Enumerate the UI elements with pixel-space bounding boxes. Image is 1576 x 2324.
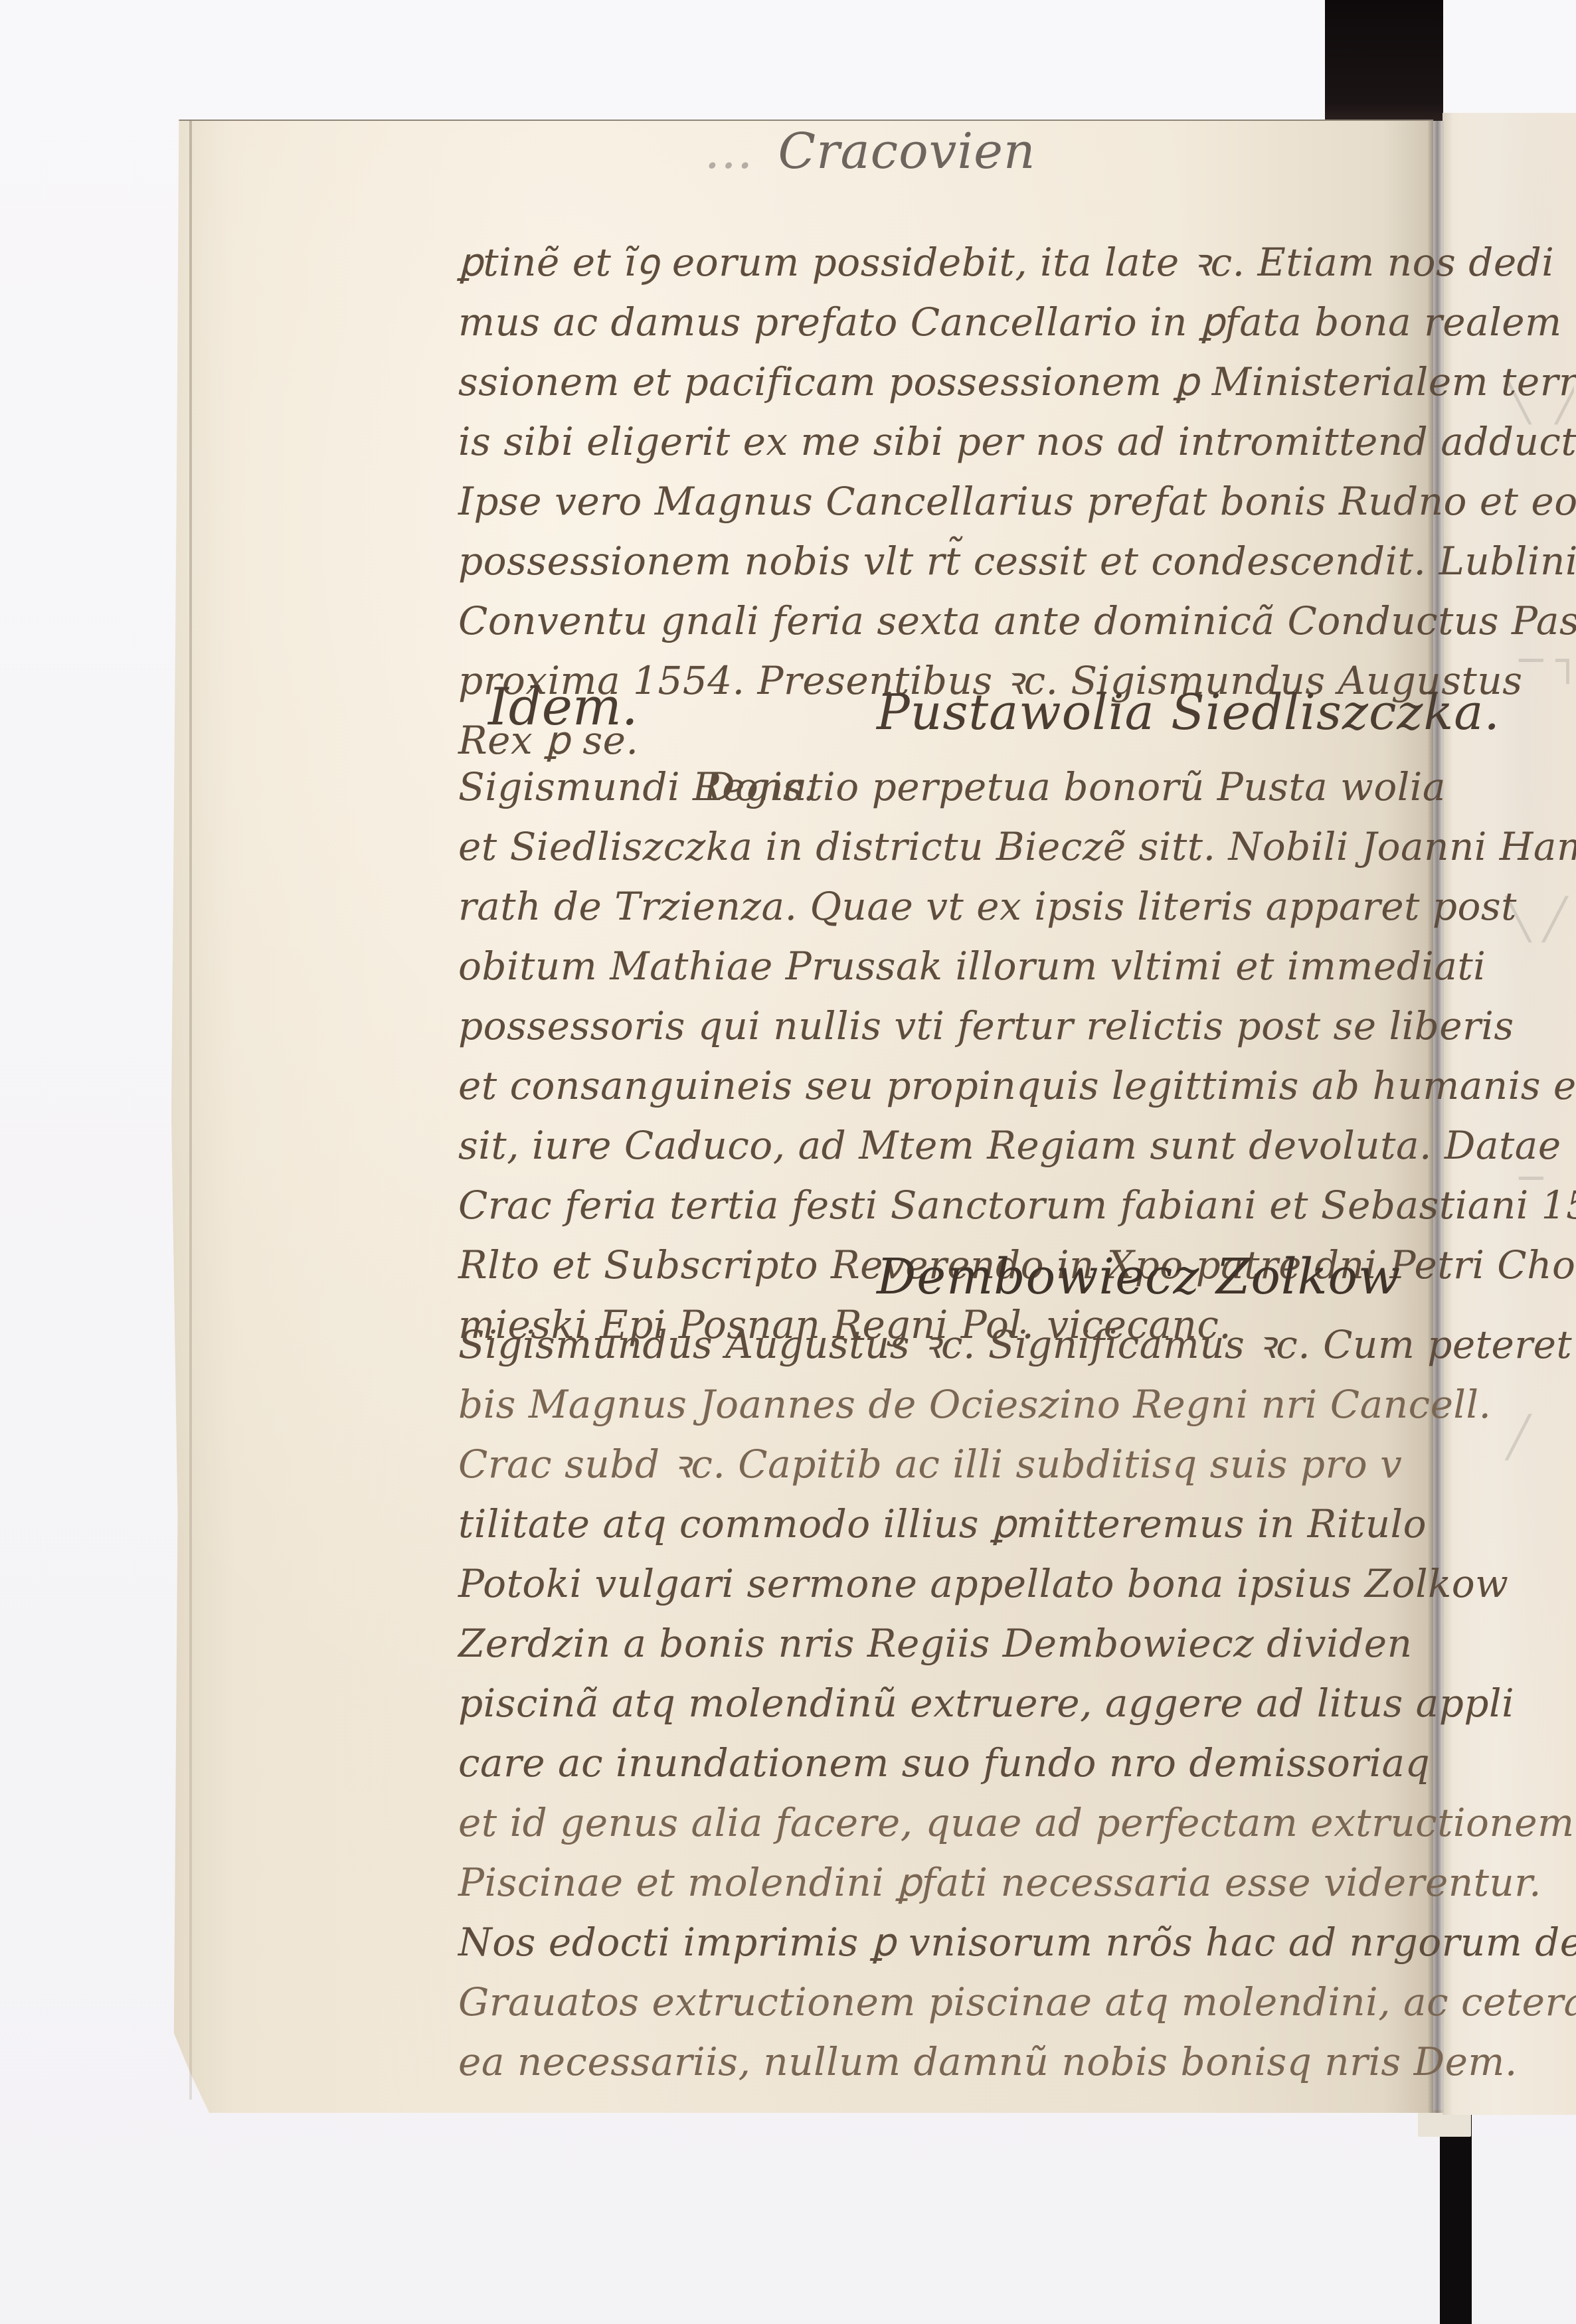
manuscript-line: Conventu gnali feria sexta ante dominicã… bbox=[458, 591, 1401, 651]
manuscript-line: Grauatos extructionem piscinae atq molen… bbox=[458, 1972, 1401, 2032]
manuscript-line: Crac subd ꝛc. Capitib ac illi subditisq … bbox=[458, 1434, 1401, 1494]
manuscript-line: rath de Trzienza. Quae vt ex ipsis liter… bbox=[458, 876, 1401, 936]
manuscript-line: Ipse vero Magnus Cancellarius prefat bon… bbox=[458, 471, 1401, 531]
manuscript-line: Sigismundi Regis.Donatio perpetua bonorũ… bbox=[458, 757, 1401, 817]
manuscript-line: et consanguineis seu propinquis legittim… bbox=[458, 1056, 1401, 1116]
manuscript-line: Potoki vulgari sermone appellato bona ip… bbox=[458, 1554, 1401, 1614]
section-3-text: Sigismundus Augustus ꝛc. Significamus ꝛc… bbox=[458, 1315, 1401, 2092]
manuscript-line: Piscinae et molendini ꝑfati necessaria e… bbox=[458, 1853, 1401, 1912]
manuscript-line: ssionem et pacificam possessionem ꝑ Mini… bbox=[458, 352, 1401, 412]
manuscript-line: mus ac damus prefato Cancellario in ꝑfat… bbox=[458, 292, 1401, 352]
manuscript-line: Crac feria tertia festi Sanctorum fabian… bbox=[458, 1175, 1401, 1235]
manuscript-line: obitum Mathiae Prussak illorum vltimi et… bbox=[458, 936, 1401, 996]
manuscript-line: et id genus alia facere, quae ad perfect… bbox=[458, 1793, 1401, 1853]
manuscript-line: ea necessariis, nullum damnũ nobis bonis… bbox=[458, 2032, 1401, 2092]
scanner-dark-band-bottom bbox=[1440, 2112, 1472, 2324]
scanner-dark-band-top bbox=[1325, 0, 1443, 121]
manuscript-line: Zerdzin a bonis nris Regiis Dembowiecz d… bbox=[458, 1614, 1401, 1673]
sidenote-sigismundi-regis: Sigismundi Regis. bbox=[458, 757, 704, 817]
manuscript-line-text: Donatio perpetua bonorũ Pusta wolia bbox=[704, 764, 1446, 809]
manuscript-line: Nos edocti imprimis ꝑ vnisorum nrõs hac … bbox=[458, 1912, 1401, 1972]
manuscript-line: sit, iure Caduco, ad Mtem Regiam sunt de… bbox=[458, 1116, 1401, 1175]
section-heading-dembowiecz-zolkow: Dembowiecz Zolkow bbox=[877, 1248, 1401, 1305]
manuscript-line: Sigismundus Augustus ꝛc. Significamus ꝛc… bbox=[458, 1315, 1401, 1374]
running-head: … Cracovien bbox=[704, 123, 1036, 180]
manuscript-line: is sibi eligerit ex me sibi per nos ad i… bbox=[458, 412, 1401, 471]
bleed-line: ╱ bbox=[1481, 1394, 1574, 1481]
section-heading-pustawolia: Pustawolia Siedliszczka. bbox=[877, 684, 1500, 741]
manuscript-line: tilitate atq commodo illius ꝑmitteremus … bbox=[458, 1494, 1401, 1554]
running-head-title: Cracovien bbox=[778, 123, 1036, 180]
leaf-fold-crease bbox=[189, 121, 192, 2100]
manuscript-line: et Siedliszczka in districtu Bieczẽ̃ sit… bbox=[458, 817, 1401, 876]
running-head-faded-prefix: … bbox=[704, 123, 754, 180]
section-heading-idem: Idem. bbox=[488, 677, 638, 737]
manuscript-line: possessoris qui nullis vti fertur relict… bbox=[458, 996, 1401, 1056]
manuscript-line: bis Magnus Joannes de Ocieszino Regni nr… bbox=[458, 1374, 1401, 1434]
manuscript-line: care ac inundationem suo fundo nro demis… bbox=[458, 1733, 1401, 1793]
manuscript-line: piscinã atq molendinũ extruere, aggere a… bbox=[458, 1673, 1401, 1733]
manuscript-line: ꝑtinẽ et ĩꝯ eorum possidebit, ita late ꝛ… bbox=[458, 232, 1401, 292]
manuscript-line: possessionem nobis vlt rt̃ cessit et con… bbox=[458, 531, 1401, 591]
